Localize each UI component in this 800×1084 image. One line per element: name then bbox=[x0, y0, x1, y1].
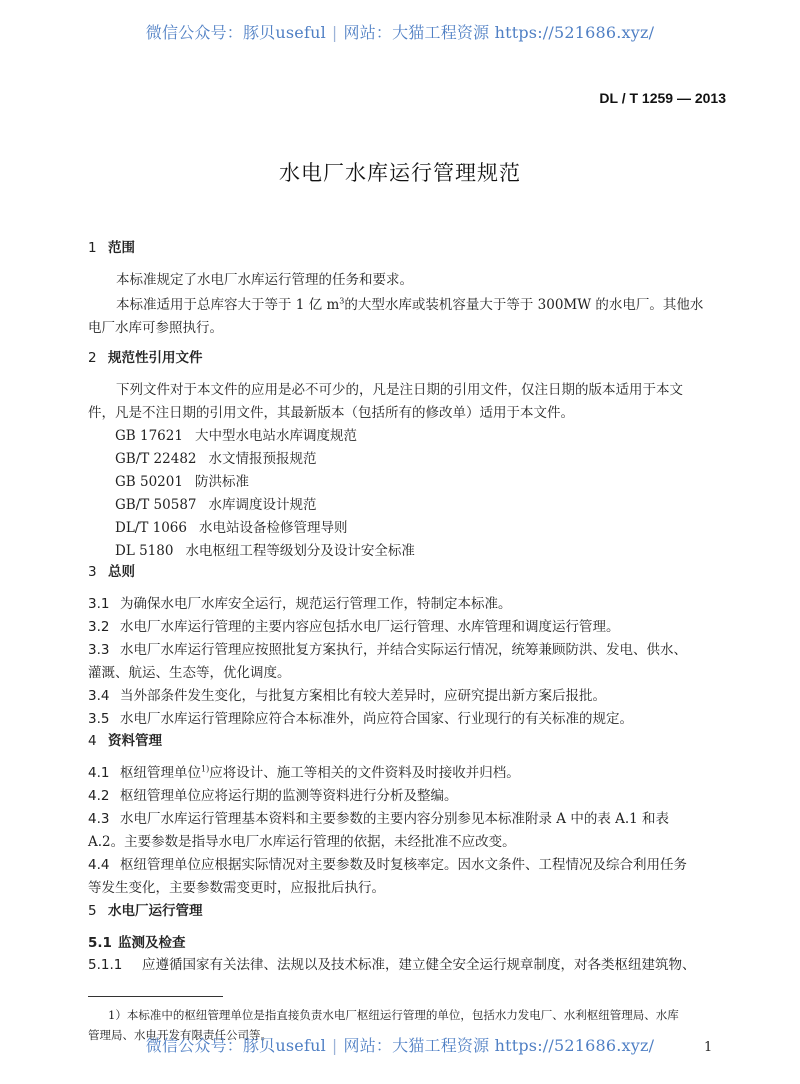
clause-text: 为确保水电厂水库安全运行，规范运行管理工作，特制定本标准。 bbox=[120, 596, 512, 612]
page-number: 1 bbox=[704, 1040, 712, 1055]
clause-3-1: 3.1为确保水电厂水库安全运行，规范运行管理工作，特制定本标准。 bbox=[88, 592, 512, 612]
clause-text: 枢纽管理单位应将运行期的监测等资料进行分析及整编。 bbox=[120, 788, 458, 804]
watermark-left: 微信公众号：豚贝useful bbox=[146, 1036, 326, 1055]
section-3-heading: 3总则 bbox=[88, 560, 135, 580]
clause-text: 枢纽管理单位应根据实际情况对主要参数及时复核率定。因水文条件、工程情况及综合利用… bbox=[120, 857, 687, 873]
clause-text: 当外部条件发生变化，与批复方案相比有较大差异时，应研究提出新方案后报批。 bbox=[120, 688, 606, 704]
watermark-right: 网站：大猫工程资源 https://521686.xyz/ bbox=[344, 1036, 655, 1055]
section-5-heading: 5水电厂运行管理 bbox=[88, 899, 203, 919]
reference-item: GB/T 22482水文情报预报规范 bbox=[115, 447, 317, 467]
section-number: 4 bbox=[88, 733, 108, 749]
reference-item: DL/T 1066水电站设备检修管理导则 bbox=[115, 516, 348, 536]
clause-text: 水电厂水库运行管理除应符合本标准外，尚应符合国家、行业现行的有关标准的规定。 bbox=[120, 711, 633, 727]
clause-3-2: 3.2水电厂水库运行管理的主要内容应包括水电厂运行管理、水库管理和调度运行管理。 bbox=[88, 615, 620, 635]
footnote-divider bbox=[88, 996, 223, 997]
section-number: 3 bbox=[88, 564, 108, 580]
clause-number: 4.3 bbox=[88, 811, 114, 827]
footnote-line-1: 1）本标准中的枢纽管理单位是指直接负责水电厂枢纽运行管理的单位，包括水力发电厂、… bbox=[88, 1005, 728, 1025]
reference-code: DL 5180 bbox=[115, 543, 173, 559]
watermark-left: 微信公众号：豚贝useful bbox=[146, 23, 326, 42]
reference-title: 水电站设备检修管理导则 bbox=[199, 520, 348, 536]
clause-text: 应将设计、施工等相关的文件资料及时接收并归档。 bbox=[209, 765, 520, 781]
section-2-heading: 2规范性引用文件 bbox=[88, 346, 203, 366]
clause-4-1: 4.1枢纽管理单位1)应将设计、施工等相关的文件资料及时接收并归档。 bbox=[88, 761, 520, 781]
document-title: 水电厂水库运行管理规范 bbox=[0, 157, 800, 187]
section-1-heading: 1范围 bbox=[88, 236, 135, 256]
clause-4-4: 4.4枢纽管理单位应根据实际情况对主要参数及时复核率定。因水文条件、工程情况及综… bbox=[88, 853, 687, 873]
standard-code: DL / T 1259 — 2013 bbox=[599, 90, 726, 106]
clause-number: 3.5 bbox=[88, 711, 114, 727]
reference-title: 水库调度设计规范 bbox=[209, 497, 317, 513]
clause-number: 4.2 bbox=[88, 788, 114, 804]
section-number: 5 bbox=[88, 903, 108, 919]
section-2-intro-line-1: 下列文件对于本文件的应用是必不可少的，凡是注日期的引用文件，仅注日期的版本适用于… bbox=[116, 378, 683, 398]
section-title: 总则 bbox=[108, 564, 135, 580]
section-1-para-1: 本标准规定了水电厂水库运行管理的任务和要求。 bbox=[116, 268, 413, 288]
clause-4-4-continued: 等发生变化，主要参数需变更时，应报批后执行。 bbox=[88, 876, 385, 896]
text: 本标准适用于总库容大于等于 1 亿 m bbox=[116, 297, 339, 313]
clause-text: 应遵循国家有关法律、法规以及技术标准，建立健全安全运行规章制度，对各类枢纽建筑物… bbox=[142, 957, 696, 973]
clause-3-4: 3.4当外部条件发生变化，与批复方案相比有较大差异时，应研究提出新方案后报批。 bbox=[88, 684, 606, 704]
section-title: 范围 bbox=[108, 240, 135, 256]
clause-3-3: 3.3水电厂水库运行管理应按照批复方案执行，并结合实际运行情况，统筹兼顾防洪、发… bbox=[88, 638, 687, 658]
clause-text: 水电厂水库运行管理应按照批复方案执行，并结合实际运行情况，统筹兼顾防洪、发电、供… bbox=[120, 642, 687, 658]
clause-number: 3.3 bbox=[88, 642, 114, 658]
reference-item: DL 5180水电枢纽工程等级划分及设计安全标准 bbox=[115, 539, 415, 559]
footnote-ref[interactable]: 1) bbox=[201, 765, 209, 774]
reference-code: DL/T 1066 bbox=[115, 520, 187, 536]
section-title: 规范性引用文件 bbox=[108, 350, 203, 366]
section-title: 资料管理 bbox=[108, 733, 162, 749]
reference-code: GB/T 50587 bbox=[115, 497, 197, 513]
reference-title: 水文情报预报规范 bbox=[209, 451, 317, 467]
reference-code: GB 17621 bbox=[115, 428, 183, 444]
reference-item: GB 17621大中型水电站水库调度规范 bbox=[115, 424, 357, 444]
reference-item: GB 50201防洪标准 bbox=[115, 470, 249, 490]
watermark-right: 网站：大猫工程资源 https://521686.xyz/ bbox=[344, 23, 655, 42]
clause-4-2: 4.2枢纽管理单位应将运行期的监测等资料进行分析及整编。 bbox=[88, 784, 458, 804]
clause-5-1-1: 5.1.1应遵循国家有关法律、法规以及技术标准，建立健全安全运行规章制度，对各类… bbox=[88, 953, 696, 973]
reference-code: GB 50201 bbox=[115, 474, 183, 490]
reference-title: 大中型水电站水库调度规范 bbox=[195, 428, 357, 444]
text: 的大型水库或装机容量大于等于 300MW 的水电厂。其他水 bbox=[344, 297, 703, 313]
reference-item: GB/T 50587水库调度设计规范 bbox=[115, 493, 317, 513]
watermark-top: 微信公众号：豚贝useful|网站：大猫工程资源 https://521686.… bbox=[0, 20, 800, 43]
watermark-separator: | bbox=[332, 1036, 338, 1055]
clause-4-3-continued: A.2。主要参数是指导水电厂水库运行管理的依据，未经批准不应改变。 bbox=[88, 830, 516, 850]
reference-title: 防洪标准 bbox=[195, 474, 249, 490]
clause-number: 5.1.1 bbox=[88, 957, 128, 973]
section-1-para-2-line-1: 本标准适用于总库容大于等于 1 亿 m3的大型水库或装机容量大于等于 300MW… bbox=[116, 293, 703, 313]
clause-text: 水电厂水库运行管理的主要内容应包括水电厂运行管理、水库管理和调度运行管理。 bbox=[120, 619, 620, 635]
clause-text: 枢纽管理单位 bbox=[120, 765, 201, 781]
clause-text: 水电厂水库运行管理基本资料和主要参数的主要内容分别参见本标准附录 A 中的表 A… bbox=[120, 811, 669, 827]
subsection-5-1-heading: 5.1监测及检查 bbox=[88, 931, 186, 951]
section-2-intro-line-2: 件，凡是不注日期的引用文件，其最新版本（包括所有的修改单）适用于本文件。 bbox=[88, 401, 574, 421]
section-4-heading: 4资料管理 bbox=[88, 729, 162, 749]
clause-4-3: 4.3水电厂水库运行管理基本资料和主要参数的主要内容分别参见本标准附录 A 中的… bbox=[88, 807, 669, 827]
section-number: 2 bbox=[88, 350, 108, 366]
subsection-title: 监测及检查 bbox=[118, 935, 186, 951]
section-title: 水电厂运行管理 bbox=[108, 903, 203, 919]
reference-code: GB/T 22482 bbox=[115, 451, 197, 467]
reference-title: 水电枢纽工程等级划分及设计安全标准 bbox=[185, 543, 415, 559]
clause-number: 3.1 bbox=[88, 596, 114, 612]
watermark-separator: | bbox=[332, 23, 338, 42]
clause-3-3-continued: 灌溉、航运、生态等，优化调度。 bbox=[88, 661, 291, 681]
section-1-para-2-line-2: 电厂水库可参照执行。 bbox=[88, 316, 223, 336]
clause-number: 4.1 bbox=[88, 765, 114, 781]
clause-number: 4.4 bbox=[88, 857, 114, 873]
clause-number: 3.4 bbox=[88, 688, 114, 704]
clause-number: 3.2 bbox=[88, 619, 114, 635]
clause-3-5: 3.5水电厂水库运行管理除应符合本标准外，尚应符合国家、行业现行的有关标准的规定… bbox=[88, 707, 633, 727]
section-number: 1 bbox=[88, 240, 108, 256]
watermark-bottom: 微信公众号：豚贝useful|网站：大猫工程资源 https://521686.… bbox=[0, 1033, 800, 1056]
subsection-number: 5.1 bbox=[88, 935, 118, 951]
